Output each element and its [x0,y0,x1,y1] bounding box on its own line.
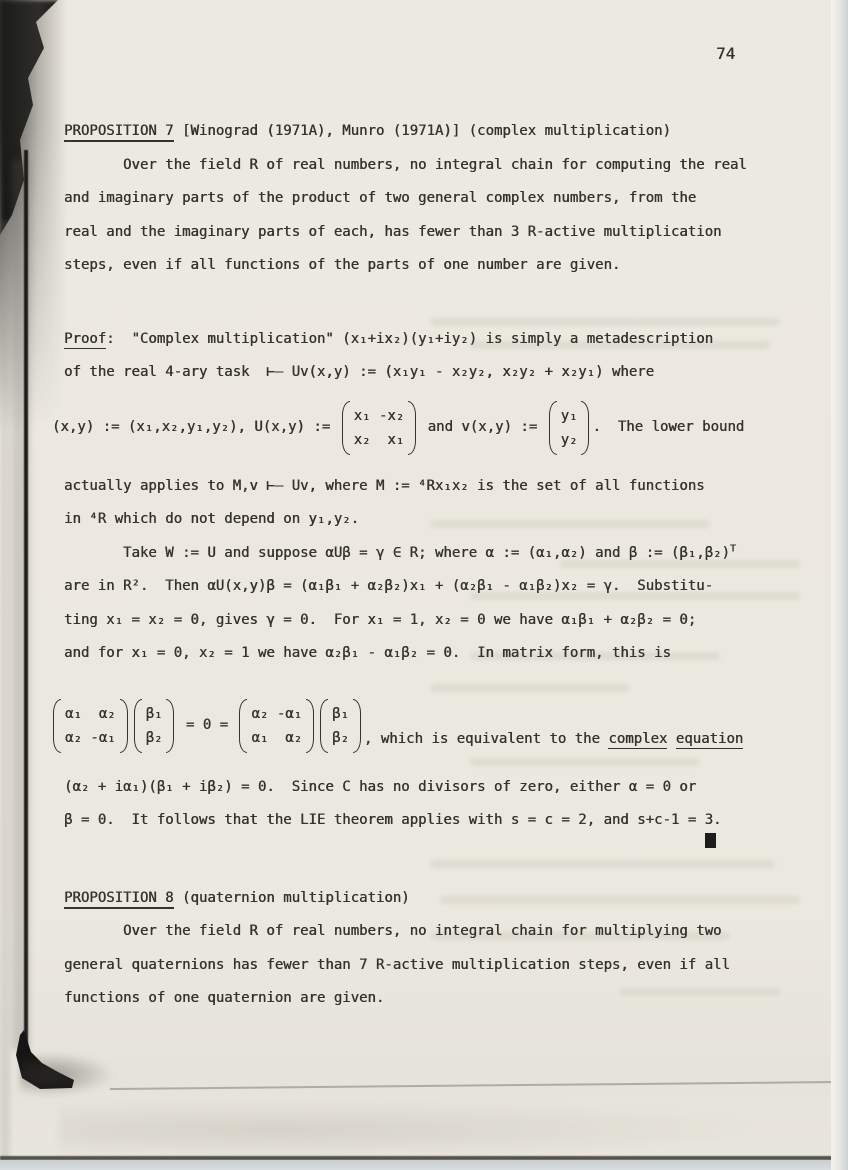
proof-line: actually applies to M,v ⊢— Uv, where M :… [64,470,824,504]
left-paren [342,401,350,455]
page-number: 74 [716,44,735,63]
right-paren [353,699,361,753]
vector-beta: β₁β₂ [134,699,175,753]
matrix-row: β₁ [332,702,349,726]
left-paren [549,401,557,455]
proposition-8-heading: PROPOSITION 8 (quaternion multiplication… [64,882,824,916]
right-paren [306,699,314,753]
matrix-U: x₁ -x₂x₂ x₁ [342,401,417,455]
scanned-page: 74 PROPOSITION 7 [Winograd (1971A), Munr… [0,0,848,1170]
page-content: PROPOSITION 7 [Winograd (1971A), Munro (… [64,115,824,1016]
scan-left-edge-shade [0,220,10,1170]
matrix-row: x₂ x₁ [354,428,405,452]
proof-line: Take W := U and suppose αUβ = γ ∈ R; whe… [64,537,824,571]
matrix-alpha-alt: α₂ -α₁α₁ α₂ [239,699,314,753]
proposition-8-label: PROPOSITION 8 [64,890,174,909]
proposition-7-heading: PROPOSITION 7 [Winograd (1971A), Munro (… [64,115,824,149]
scan-bottom-strip [0,1160,848,1170]
proof-line: of the real 4-ary task ⊢— Uv(x,y) := (x₁… [64,356,824,390]
proof-line: and for x₁ = 0, x₂ = 1 we have α₂β₁ - α₁… [64,637,824,671]
proposition-7-title: [Winograd (1971A), Munro (1971A)] (compl… [174,123,671,139]
prop8-statement-line: general quaternions has fewer than 7 R-a… [64,949,824,983]
matrix-row: x₁ -x₂ [354,404,405,428]
scan-spine-line [24,150,28,1055]
right-paren [581,401,589,455]
qed-tombstone-icon [705,833,716,848]
left-paren [320,699,328,753]
left-paren [134,699,142,753]
equation-text: (x,y) := (x₁,x₂,y₁,y₂), U(x,y) := [52,411,339,445]
matrix-row: α₂ -α₁ [251,702,302,726]
prop7-statement-line: real and the imaginary parts of each, ha… [64,216,824,250]
prop8-statement-line: Over the field R of real numbers, no int… [64,915,824,949]
equation-text: , which is equivalent to the [364,731,608,747]
matrix-row: α₁ α₂ [65,702,116,726]
matrix-row: α₁ α₂ [251,726,302,750]
prop7-statement-line: Over the field R of real numbers, no int… [64,149,824,183]
prop7-statement-line: steps, even if all functions of the part… [64,249,824,283]
right-paren [166,699,174,753]
underlined-word: equation [676,731,743,749]
proof-line: in ⁴R which do not depend on y₁,y₂. [64,503,824,537]
proposition-7-label: PROPOSITION 7 [64,123,174,142]
equation-text: . The lower bound [592,411,744,445]
matrix-row: α₂ -α₁ [65,726,116,750]
equation-matrix-form: α₁ α₂α₂ -α₁ β₁β₂ = 0 = α₂ -α₁α₁ α₂ β₁β₂ … [50,689,824,763]
matrix-row: β₂ [146,726,163,750]
equation-text: = 0 = [177,709,236,743]
next-page-edge-line [110,1081,848,1090]
matrix-row: y₁ [561,404,578,428]
scan-right-edge-strip [831,0,848,1170]
underlined-word: complex [608,731,667,749]
proof-text: : "Complex multiplication" (x₁+ix₂)(y₁+i… [106,331,713,347]
page-curl-shadow [20,1052,115,1097]
left-paren [53,699,61,753]
transpose-superscript: T [730,543,736,554]
prop7-statement-line: and imaginary parts of the product of tw… [64,182,824,216]
proof-text: Take W := U and suppose αUβ = γ ∈ R; whe… [64,545,730,561]
space [667,731,675,747]
right-paren [408,401,416,455]
proof-line: (α₂ + iα₁)(β₁ + iβ₂) = 0. Since C has no… [64,771,824,805]
vector-v: y₁y₂ [549,401,590,455]
matrix-row: β₂ [332,726,349,750]
right-paren [120,699,128,753]
scan-bottom-smudge [60,1100,780,1160]
equation-tail-text: , which is equivalent to the complex equ… [364,723,743,763]
proof-label: Proof [64,331,106,349]
proof-line: are in R². Then αU(x,y)β = (α₁β₁ + α₂β₂)… [64,570,824,604]
proof-line: ting x₁ = x₂ = 0, gives γ = 0. For x₁ = … [64,604,824,638]
matrix-row: y₂ [561,428,578,452]
equation-definition-Uv: (x,y) := (x₁,x₂,y₁,y₂), U(x,y) := x₁ -x₂… [52,396,824,460]
proposition-8-title: (quaternion multiplication) [174,890,410,906]
matrix-row: β₁ [146,702,163,726]
vector-beta-alt: β₁β₂ [320,699,361,753]
matrix-alpha: α₁ α₂α₂ -α₁ [53,699,128,753]
prop8-statement-line: functions of one quaternion are given. [64,982,824,1016]
left-paren [239,699,247,753]
proof-opening-line: Proof: "Complex multiplication" (x₁+ix₂)… [64,323,824,357]
equation-text: and v(x,y) := [419,411,545,445]
